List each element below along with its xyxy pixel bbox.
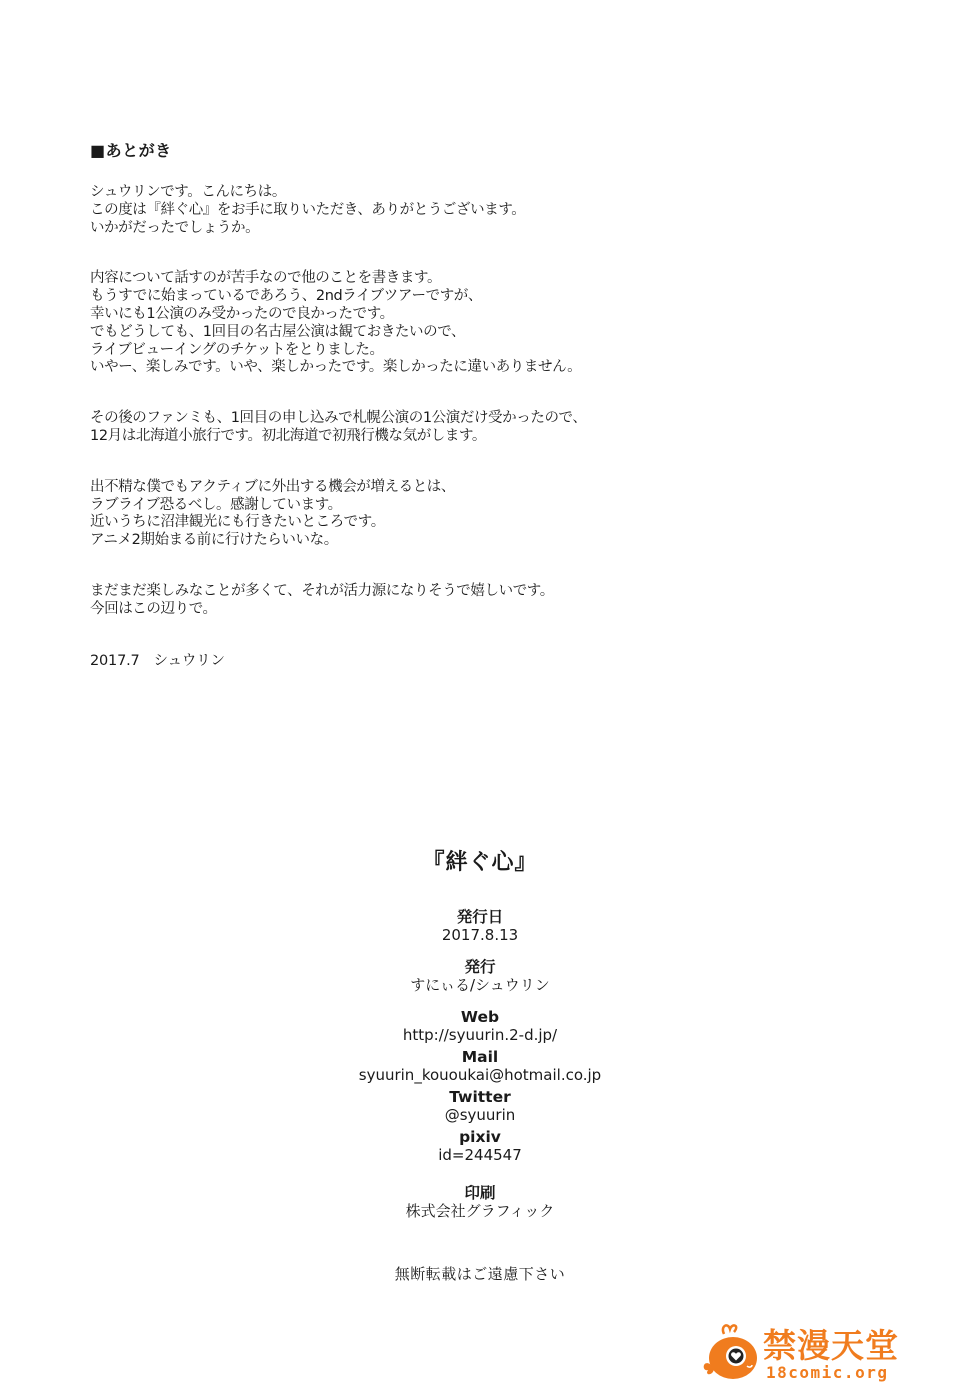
afterword-section: ■あとがき シュウリンです。こんにちは。 この度は『絆ぐ心』をお手に取りいただき… [90,140,730,670]
entry-value: 2017.8.13 [0,926,960,944]
colophon-entry-twitter: Twitter @syuurin [0,1088,960,1124]
entry-label: 発行 [0,958,960,976]
afterword-paragraph: シュウリンです。こんにちは。 この度は『絆ぐ心』をお手に取りいただき、ありがとう… [90,184,730,237]
text-line: まだまだ楽しみなことが多くて、それが活力源になりそうで嬉しいです。 [90,583,730,601]
entry-label: Twitter [0,1088,960,1106]
text-line: その後のファンミも、1回目の申し込みで札幌公演の1公演だけ受かったので、 [90,410,730,428]
text-line: ラブライブ恐るべし。感謝しています。 [90,497,730,515]
text-line: 近いうちに沼津観光にも行きたいところです。 [90,514,730,532]
twitter-handle: @syuurin [0,1106,960,1124]
mail-address: syuurin_kououkai@hotmail.co.jp [0,1066,960,1084]
text-line: いかがだったでしょうか。 [90,220,730,238]
signature-author: シュウリン [154,653,225,669]
watermark-title: 禁漫天堂 [763,1328,899,1364]
text-line: もうすでに始まっているであろう、2ndライブツアーですが、 [90,288,730,306]
watermark-logo: 禁漫天堂 18comic.org [700,1320,950,1386]
colophon-entry-publisher: 発行 すにぃる/シュウリン [0,958,960,994]
colophon-entry-mail: Mail syuurin_kououkai@hotmail.co.jp [0,1048,960,1084]
text-line: ライブビューイングのチケットをとりました。 [90,342,730,360]
text-line: アニメ2期始まる前に行けたらいいな。 [90,532,730,550]
entry-label: 印刷 [0,1184,960,1202]
text-line: この度は『絆ぐ心』をお手に取りいただき、ありがとうございます。 [90,202,730,220]
orange-whale-heart-icon [700,1320,766,1386]
reprint-notice: 無断転載はご遠慮下さい [0,1264,960,1284]
text-line: いやー、楽しみです。いや、楽しかったです。楽しかったに違いありません。 [90,359,730,377]
text-line: シュウリンです。こんにちは。 [90,184,730,202]
afterword-paragraph: 内容について話すのが苦手なので他のことを書きます。 もうすでに始まっているであろ… [90,270,730,377]
text-line: 今回はこの辺りで。 [90,601,730,619]
entry-label: Mail [0,1048,960,1066]
afterword-paragraph: その後のファンミも、1回目の申し込みで札幌公演の1公演だけ受かったので、 12月… [90,410,730,446]
watermark-url: 18comic.org [766,1364,888,1382]
colophon-section: 『絆ぐ心』 発行日 2017.8.13 発行 すにぃる/シュウリン Web ht… [0,848,960,1284]
entry-label: 発行日 [0,908,960,926]
entry-value: 株式会社グラフィック [0,1202,960,1220]
book-title: 『絆ぐ心』 [0,848,960,878]
afterword-signature: 2017.7シュウリン [90,652,730,670]
web-url: http://syuurin.2-d.jp/ [0,1026,960,1044]
text-line: でもどうしても、1回目の名古屋公演は観ておきたいので、 [90,324,730,342]
afterword-paragraph: 出不精な僕でもアクティブに外出する機会が増えるとは、 ラブライブ恐るべし。感謝し… [90,479,730,550]
pixiv-id: id=244547 [0,1146,960,1164]
entry-label: Web [0,1008,960,1026]
entry-value: すにぃる/シュウリン [0,976,960,994]
afterword-heading: ■あとがき [90,140,730,162]
afterword-paragraph: まだまだ楽しみなことが多くて、それが活力源になりそうで嬉しいです。 今回はこの辺… [90,583,730,619]
entry-label: pixiv [0,1128,960,1146]
text-line: 内容について話すのが苦手なので他のことを書きます。 [90,270,730,288]
colophon-entry-publish-date: 発行日 2017.8.13 [0,908,960,944]
text-line: 幸いにも1公演のみ受かったので良かったです。 [90,306,730,324]
signature-date: 2017.7 [90,653,140,669]
text-line: 12月は北海道小旅行です。初北海道で初飛行機な気がします。 [90,428,730,446]
colophon-entry-web: Web http://syuurin.2-d.jp/ [0,1008,960,1044]
colophon-entry-printer: 印刷 株式会社グラフィック [0,1184,960,1220]
colophon-entry-pixiv: pixiv id=244547 [0,1128,960,1164]
text-line: 出不精な僕でもアクティブに外出する機会が増えるとは、 [90,479,730,497]
